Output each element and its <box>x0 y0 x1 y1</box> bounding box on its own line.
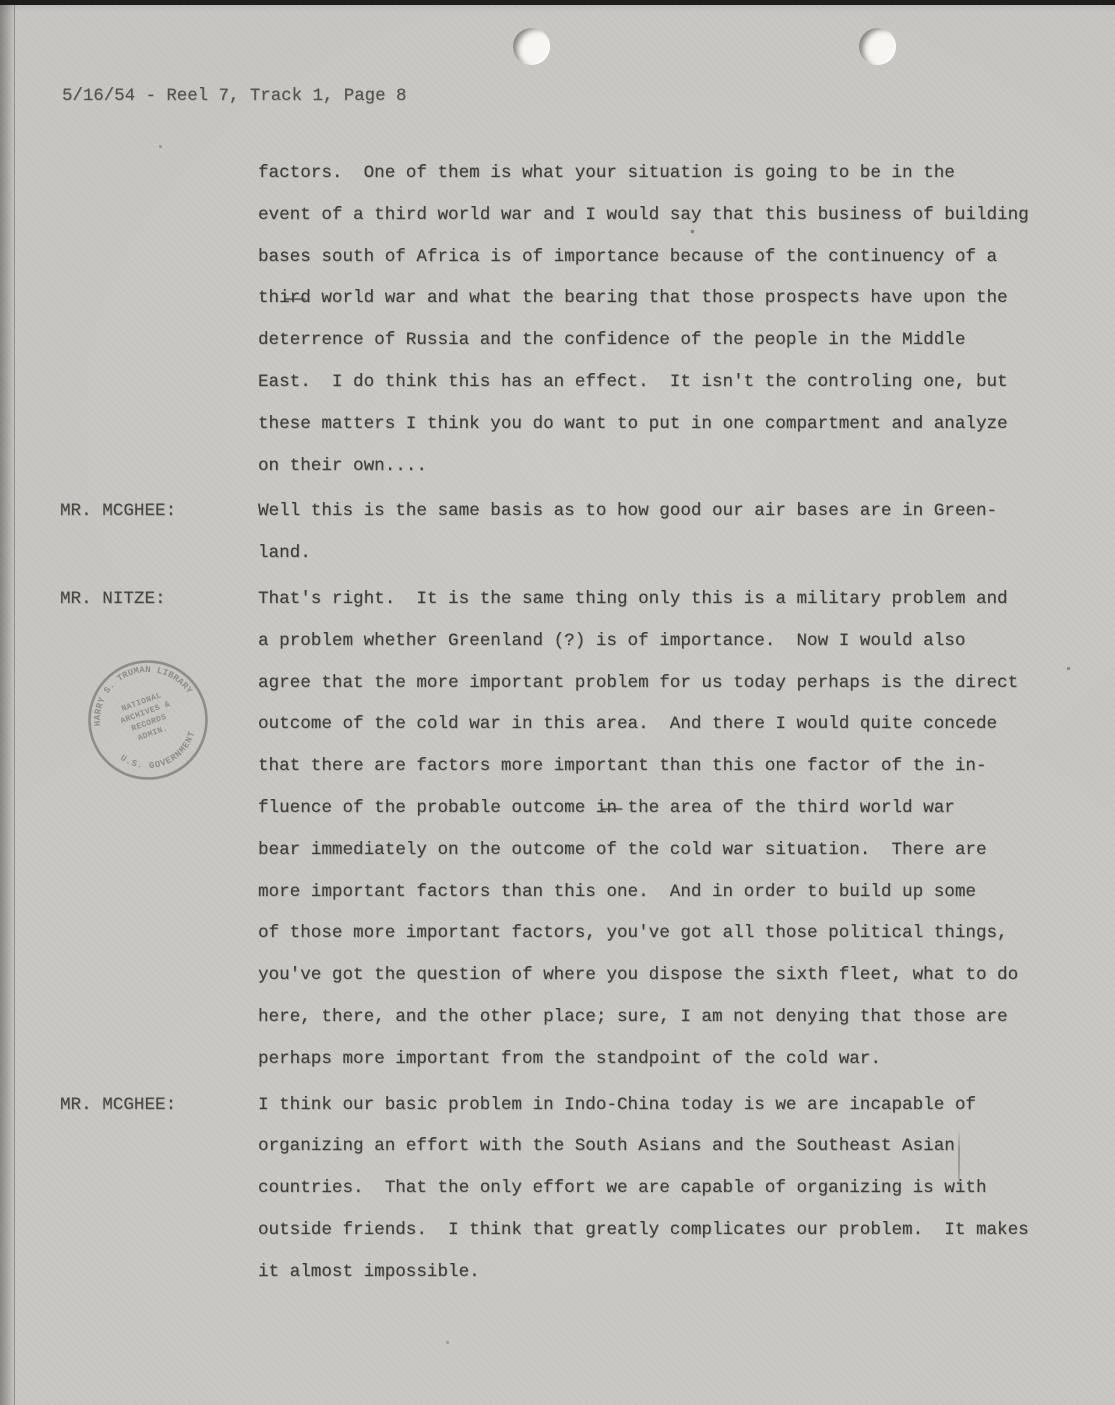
transcript-line: perhaps more important from the standpoi… <box>258 1039 1078 1081</box>
speaker-label: MR. MCGHEE: <box>60 491 258 575</box>
transcript-line: these matters I think you do want to put… <box>258 404 1078 446</box>
transcript-line: thi̶r̶d world war and what the bearing t… <box>258 278 1078 320</box>
transcript-line: of those more important factors, you've … <box>258 913 1078 955</box>
punch-hole-right <box>859 28 896 65</box>
page-header: 5/16/54 - Reel 7, Track 1, Page 8 <box>62 86 406 108</box>
speaker-label <box>60 153 258 487</box>
transcript-line: East. I do think this has an effect. It … <box>258 362 1078 404</box>
speech-lines: Well this is the same basis as to how go… <box>258 491 1078 575</box>
transcript-line: outcome of the cold war in this area. An… <box>258 704 1078 746</box>
transcript-line: it almost impossible. <box>258 1252 1078 1294</box>
transcript-line: bases south of Africa is of importance b… <box>258 237 1078 279</box>
scanned-transcript-page: 5/16/54 - Reel 7, Track 1, Page 8 factor… <box>0 0 1115 1405</box>
transcript-line: bear immediately on the outcome of the c… <box>258 830 1078 872</box>
transcript-line: event of a third world war and I would s… <box>258 195 1078 237</box>
transcript-line: I think our basic problem in Indo-China … <box>258 1085 1078 1127</box>
transcript-line: fluence of the probable outcome i̶n̶ the… <box>258 788 1078 830</box>
speaker-label: MR. MCGHEE: <box>60 1085 258 1294</box>
transcript-line: countries. That the only effort we are c… <box>258 1168 1078 1210</box>
transcript-line: deterrence of Russia and the confidence … <box>258 320 1078 362</box>
punch-hole-left <box>513 28 550 65</box>
transcript-line: That's right. It is the same thing only … <box>258 579 1078 621</box>
paper-specks <box>0 0 1 1</box>
transcript-line: more important factors than this one. An… <box>258 872 1078 914</box>
transcript-entry: factors. One of them is what your situat… <box>0 153 1115 487</box>
transcript-line: here, there, and the other place; sure, … <box>258 997 1078 1039</box>
speech-lines: That's right. It is the same thing only … <box>258 579 1078 1081</box>
speech-lines: factors. One of them is what your situat… <box>258 153 1078 487</box>
transcript-line: land. <box>258 533 1078 575</box>
transcript-line: factors. One of them is what your situat… <box>258 153 1078 195</box>
transcript-line: you've got the question of where you dis… <box>258 955 1078 997</box>
speech-lines: I think our basic problem in Indo-China … <box>258 1085 1078 1294</box>
transcript-line: agree that the more important problem fo… <box>258 663 1078 705</box>
scan-scratch <box>958 1130 960 1192</box>
transcript-entry: MR. MCGHEE: I think our basic problem in… <box>0 1085 1115 1294</box>
transcript-line: outside friends. I think that greatly co… <box>258 1210 1078 1252</box>
transcript-line: a problem whether Greenland (?) is of im… <box>258 621 1078 663</box>
transcript-line: organizing an effort with the South Asia… <box>258 1126 1078 1168</box>
transcript-line: that there are factors more important th… <box>258 746 1078 788</box>
scan-top-edge <box>0 0 1115 5</box>
transcript-line: Well this is the same basis as to how go… <box>258 491 1078 533</box>
truman-library-stamp: HARRY S. TRUMAN LIBRARY U.S. GOVERNMENT … <box>73 645 223 795</box>
transcript-line: on their own.... <box>258 446 1078 488</box>
transcript-entry: MR. MCGHEE: Well this is the same basis … <box>0 491 1115 575</box>
